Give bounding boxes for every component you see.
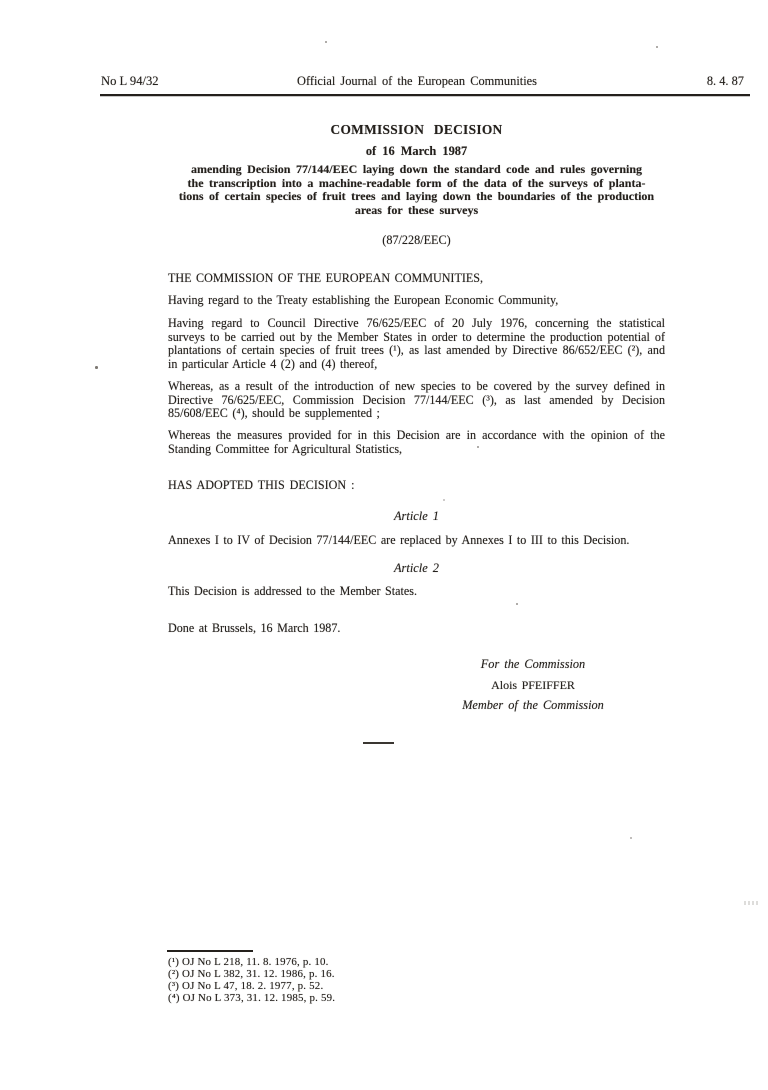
scan-edge-artifact [744, 901, 758, 905]
article-1-heading: Article 1 [168, 509, 665, 524]
closing-rule [363, 742, 394, 744]
scan-speck [443, 499, 445, 501]
header-journal-title: Official Journal of the European Communi… [66, 74, 768, 89]
preamble-treaty-line: Having regard to the Treaty establishing… [168, 294, 665, 308]
enacting-formula: HAS ADOPTED THIS DECISION : [168, 479, 665, 493]
scan-speck [656, 46, 658, 48]
header-date: 8. 4. 87 [688, 74, 744, 89]
document-date-line: of 16 March 1987 [168, 144, 665, 159]
scan-speck [325, 41, 327, 43]
signature-role-line: Member of the Commission [383, 695, 683, 716]
document-title: COMMISSION DECISION [168, 122, 665, 138]
article-1-text: Annexes I to IV of Decision 77/144/EEC a… [168, 534, 665, 548]
article-2-text: This Decision is addressed to the Member… [168, 585, 665, 599]
header-rule [100, 94, 750, 96]
footnote-3: (³) OJ No L 47, 18. 2. 1977, p. 52. [168, 980, 323, 992]
scan-speck [630, 837, 632, 839]
footnote-1: (¹) OJ No L 218, 11. 8. 1976, p. 10. [168, 956, 329, 968]
footnote-rule [167, 950, 253, 952]
subject-line-1: amending Decision 77/144/EEC laying down… [168, 163, 665, 177]
signature-name: Alois PFEIFFER [383, 675, 683, 696]
document-subject: amending Decision 77/144/EEC laying down… [168, 163, 665, 218]
article-2-heading: Article 2 [168, 561, 665, 576]
footnote-4: (⁴) OJ No L 373, 31. 12. 1985, p. 59. [168, 992, 335, 1004]
place-and-date-line: Done at Brussels, 16 March 1987. [168, 622, 665, 636]
recital-whereas-measures: Whereas the measures provided for in thi… [168, 429, 665, 456]
signature-for-line: For the Commission [383, 654, 683, 675]
scan-speck [95, 366, 98, 369]
footnote-2: (²) OJ No L 382, 31. 12. 1986, p. 16. [168, 968, 335, 980]
subject-line-4: areas for these surveys [168, 204, 665, 218]
recital-whereas-new-species: Whereas, as a result of the introduction… [168, 380, 665, 421]
preamble-commission-line: THE COMMISSION OF THE EUROPEAN COMMUNITI… [168, 272, 665, 286]
preamble-having-regard-directive: Having regard to Council Directive 76/62… [168, 317, 665, 371]
signature-block: For the Commission Alois PFEIFFER Member… [383, 654, 683, 716]
scan-speck [477, 446, 479, 448]
document-reference-number: (87/228/EEC) [168, 233, 665, 248]
journal-page: { "header": { "issue_number": "No L 94/3… [0, 0, 768, 1090]
scan-speck [516, 603, 518, 605]
subject-line-2: the transcription into a machine-readabl… [168, 177, 665, 191]
subject-line-3: tions of certain species of fruit trees … [168, 190, 665, 204]
